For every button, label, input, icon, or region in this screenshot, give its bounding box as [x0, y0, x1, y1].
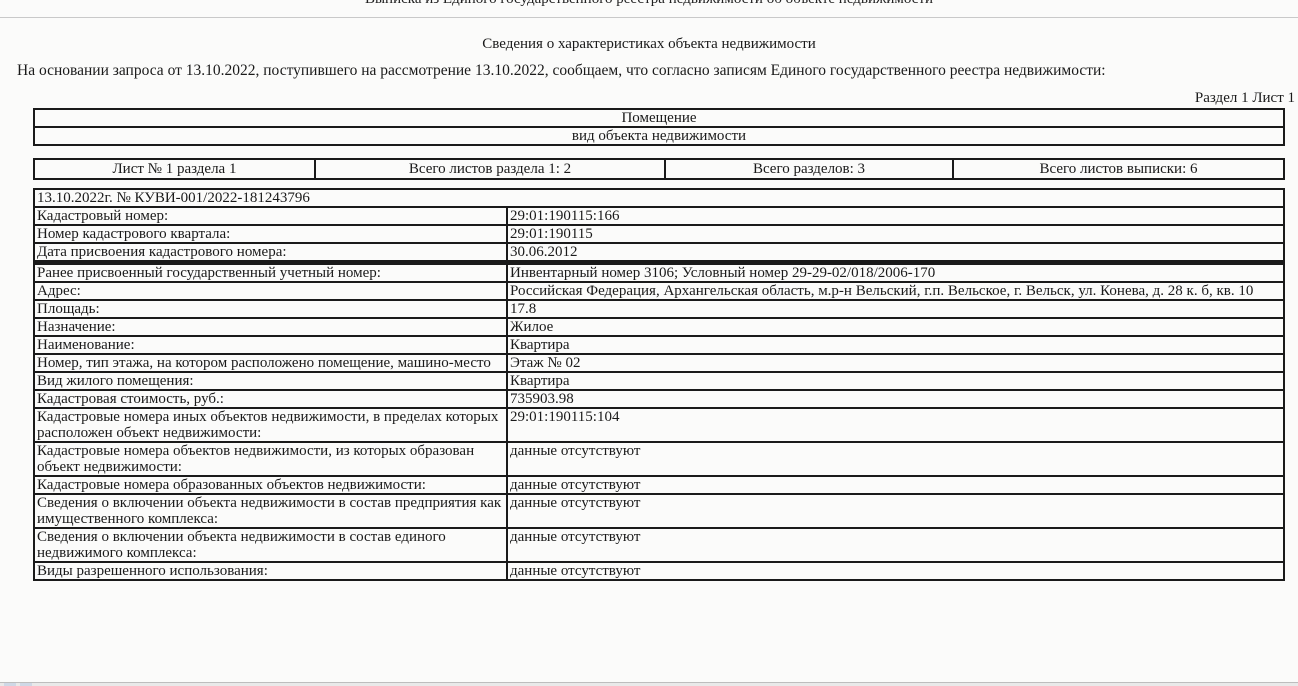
document-header: Выписка из Единого государственного реес…: [0, 0, 1298, 8]
section-title: Сведения о характеристиках объекта недви…: [0, 36, 1298, 53]
table-row: Виды разрешенного использования:данные о…: [34, 562, 1284, 580]
table-row: Кадастровые номера объектов недвижимости…: [34, 442, 1284, 476]
scan-artifact-line: [0, 17, 1298, 18]
table-row: Сведения о включении объекта недвижимост…: [34, 528, 1284, 562]
table-row: Номер кадастрового квартала:29:01:190115: [34, 225, 1284, 243]
field-value: 29:01:190115:166: [507, 207, 1284, 225]
intro-paragraph: На основании запроса от 13.10.2022, пост…: [17, 62, 1106, 80]
field-value: данные отсутствуют: [507, 528, 1284, 562]
sections-total: Всего разделов: 3: [665, 159, 953, 179]
field-value: 17.8: [507, 300, 1284, 318]
field-value: 29:01:190115: [507, 225, 1284, 243]
field-label: Дата присвоения кадастрового номера:: [34, 243, 507, 263]
field-value: 30.06.2012: [507, 243, 1284, 263]
field-value: Этаж № 02: [507, 354, 1284, 372]
object-kind: Помещение: [34, 109, 1284, 127]
extract-sheets-total: Всего листов выписки: 6: [953, 159, 1284, 179]
field-label: Номер, тип этажа, на котором расположено…: [34, 354, 507, 372]
table-row: Номер, тип этажа, на котором расположено…: [34, 354, 1284, 372]
table-row: Площадь:17.8: [34, 300, 1284, 318]
field-label: Виды разрешенного использования:: [34, 562, 507, 580]
field-value: 735903.98: [507, 390, 1284, 408]
field-label: Наименование:: [34, 336, 507, 354]
field-value: 29:01:190115:104: [507, 408, 1284, 442]
field-value: данные отсутствуют: [507, 494, 1284, 528]
registration-block: Кадастровый номер:29:01:190115:166Номер …: [34, 207, 1284, 263]
sheet-number: Лист № 1 раздела 1: [34, 159, 315, 179]
table-row: Адрес:Российская Федерация, Архангельска…: [34, 282, 1284, 300]
field-label: Кадастровая стоимость, руб.:: [34, 390, 507, 408]
object-kind-caption: вид объекта недвижимости: [34, 127, 1284, 145]
field-label: Номер кадастрового квартала:: [34, 225, 507, 243]
table-row: Кадастровый номер:29:01:190115:166: [34, 207, 1284, 225]
table-row: Ранее присвоенный государственный учетны…: [34, 263, 1284, 283]
field-label: Кадастровые номера иных объектов недвижи…: [34, 408, 507, 442]
page-reference: Раздел 1 Лист 1: [1195, 90, 1295, 107]
field-value: данные отсутствуют: [507, 476, 1284, 494]
field-value: Квартира: [507, 336, 1284, 354]
field-label: Адрес:: [34, 282, 507, 300]
extract-id: 13.10.2022г. № КУВИ-001/2022-181243796: [34, 189, 1284, 207]
viewer-toolbar-edge: [0, 682, 1298, 686]
field-label: Кадастровый номер:: [34, 207, 507, 225]
field-value: данные отсутствуют: [507, 562, 1284, 580]
field-value: данные отсутствуют: [507, 442, 1284, 476]
table-row: Наименование:Квартира: [34, 336, 1284, 354]
field-label: Кадастровые номера образованных объектов…: [34, 476, 507, 494]
field-value: Квартира: [507, 372, 1284, 390]
table-row: Кадастровые номера иных объектов недвижи…: [34, 408, 1284, 442]
field-label: Ранее присвоенный государственный учетны…: [34, 263, 507, 283]
table-row: Кадастровые номера образованных объектов…: [34, 476, 1284, 494]
table-row: Вид жилого помещения:Квартира: [34, 372, 1284, 390]
field-value: Жилое: [507, 318, 1284, 336]
field-label: Вид жилого помещения:: [34, 372, 507, 390]
field-value: Инвентарный номер 3106; Условный номер 2…: [507, 263, 1284, 283]
table-row: Назначение:Жилое: [34, 318, 1284, 336]
field-value: Российская Федерация, Архангельская обла…: [507, 282, 1284, 300]
section-sheets-total: Всего листов раздела 1: 2: [315, 159, 665, 179]
sheets-info-table: Лист № 1 раздела 1 Всего листов раздела …: [33, 158, 1285, 180]
table-row: Сведения о включении объекта недвижимост…: [34, 494, 1284, 528]
characteristics-table: 13.10.2022г. № КУВИ-001/2022-181243796 К…: [33, 188, 1285, 581]
field-label: Сведения о включении объекта недвижимост…: [34, 494, 507, 528]
object-kind-table: Помещение вид объекта недвижимости: [33, 108, 1285, 146]
characteristics-block: Ранее присвоенный государственный учетны…: [34, 263, 1284, 581]
field-label: Кадастровые номера объектов недвижимости…: [34, 442, 507, 476]
field-label: Назначение:: [34, 318, 507, 336]
field-label: Площадь:: [34, 300, 507, 318]
table-row: Кадастровая стоимость, руб.:735903.98: [34, 390, 1284, 408]
field-label: Сведения о включении объекта недвижимост…: [34, 528, 507, 562]
table-row: Дата присвоения кадастрового номера:30.0…: [34, 243, 1284, 263]
